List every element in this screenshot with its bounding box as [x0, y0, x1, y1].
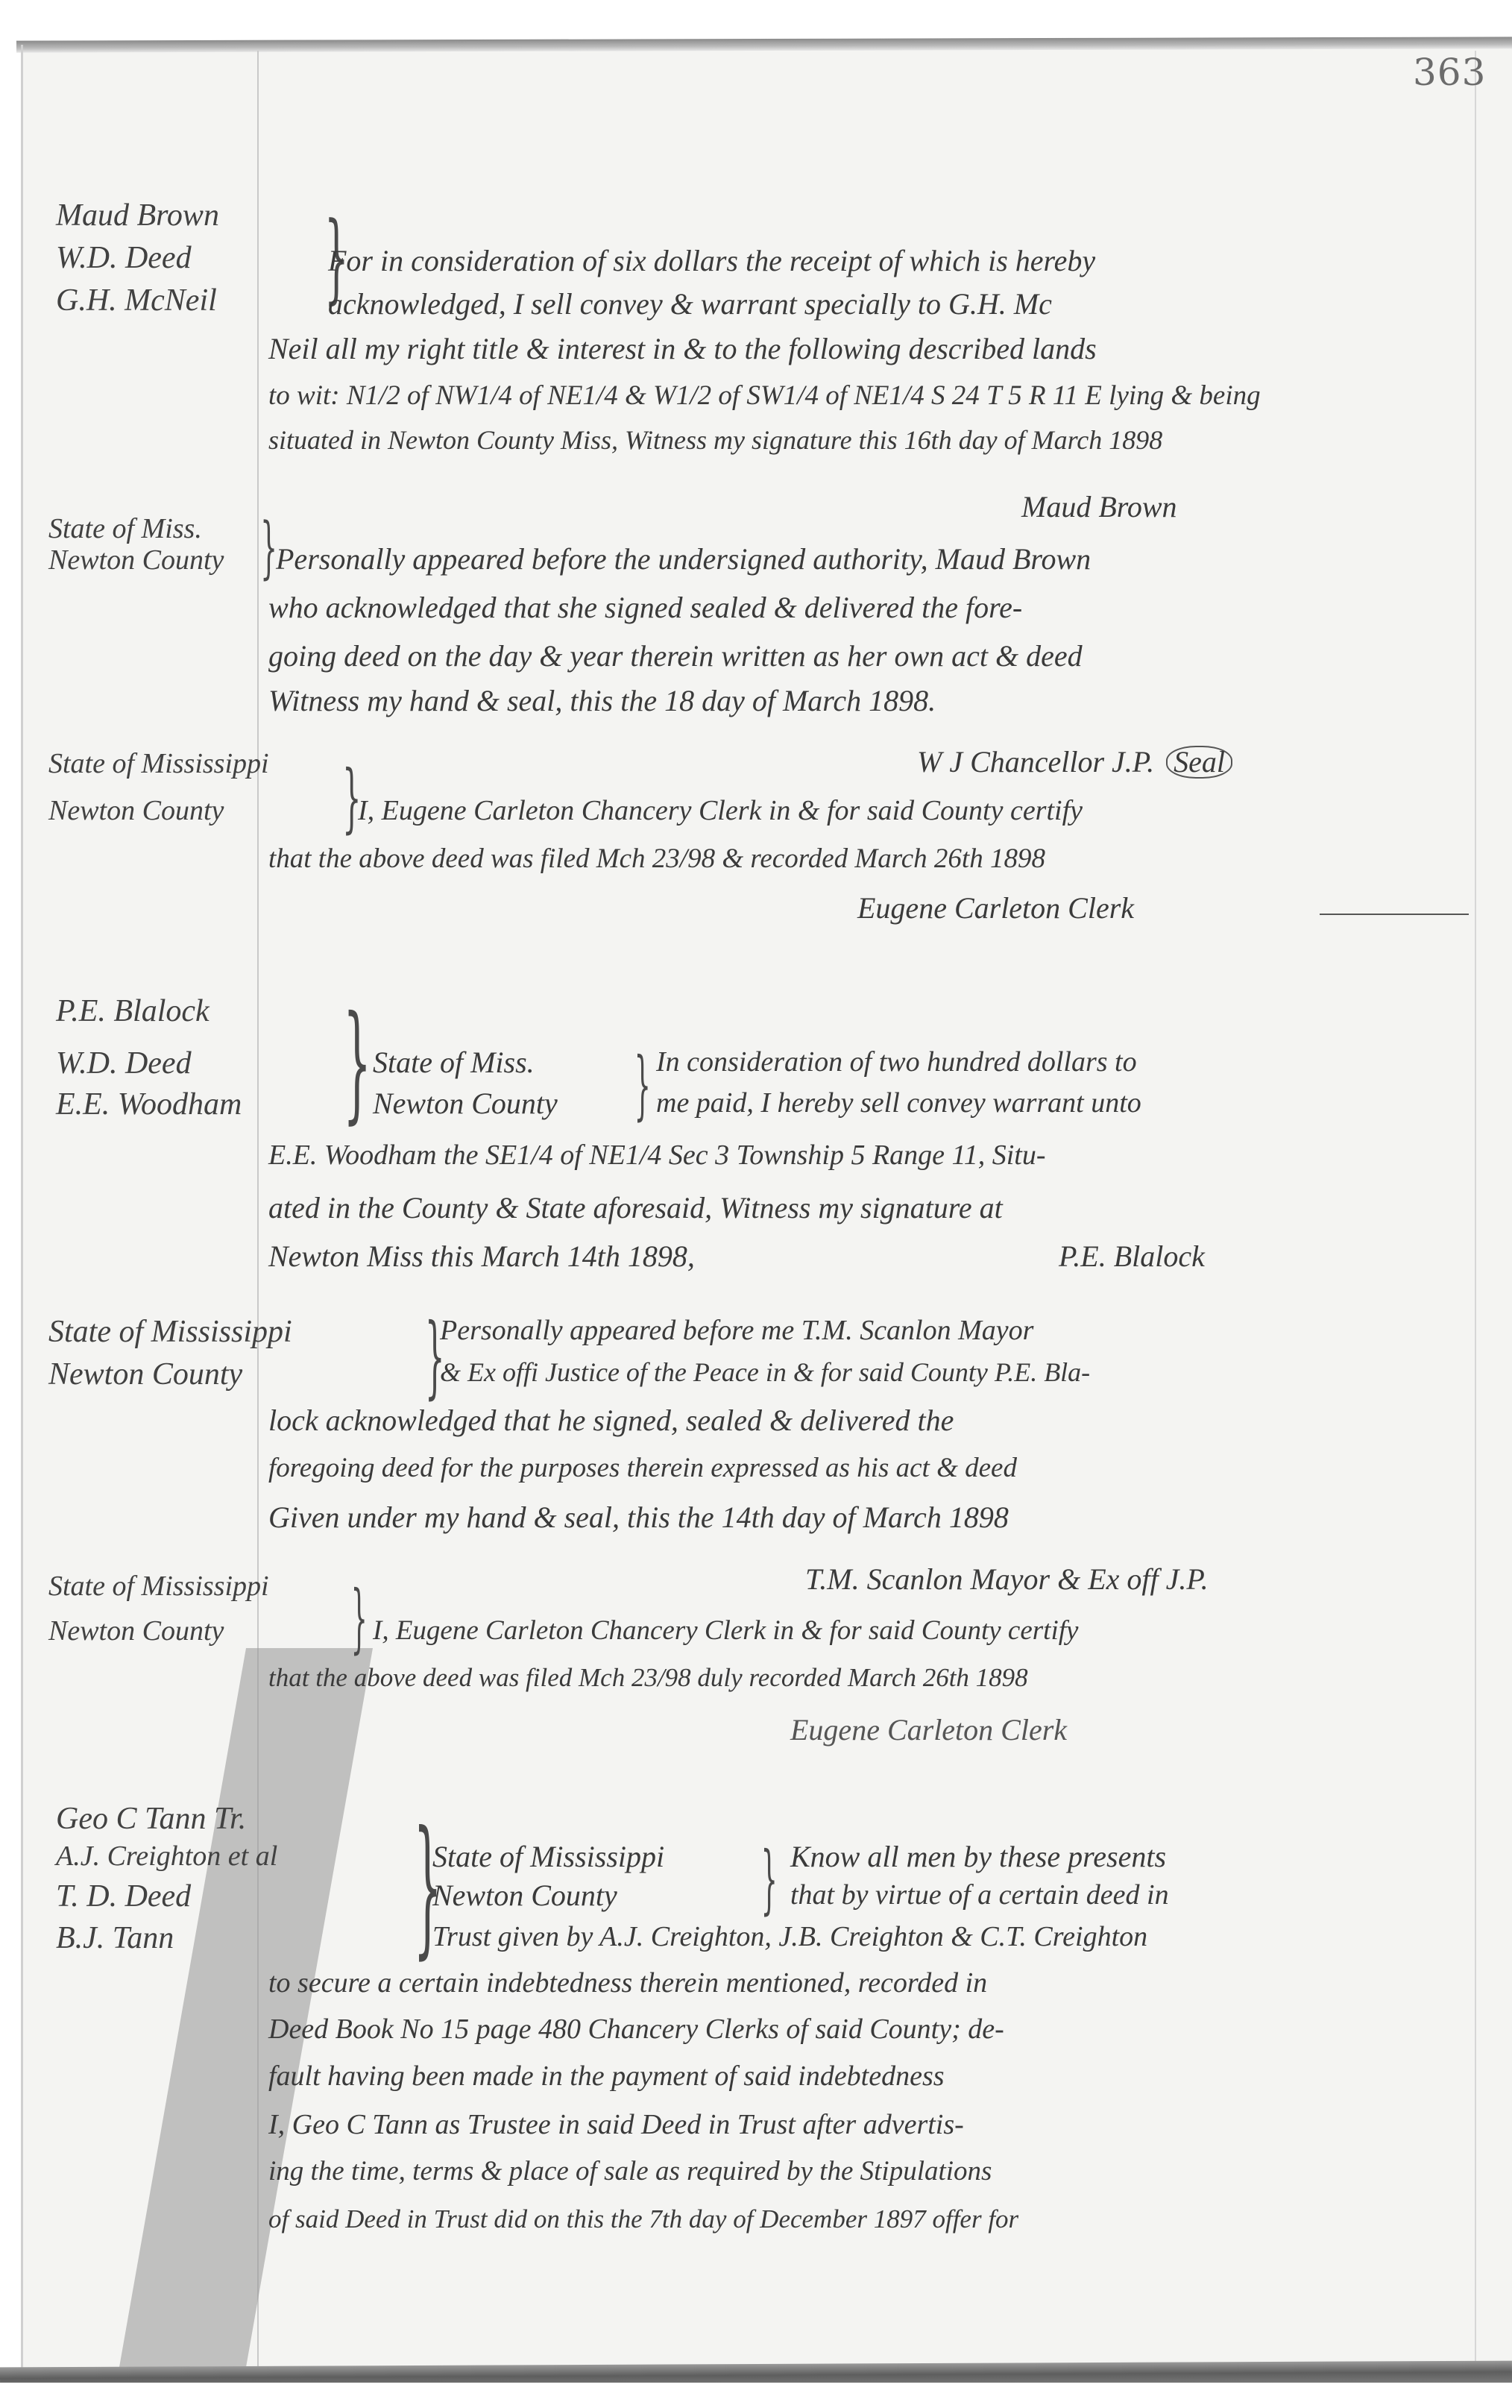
scan-background — [0, 2383, 1512, 2408]
ack-county: Newton County — [48, 1359, 242, 1390]
brace-icon: } — [260, 515, 277, 582]
body-line: foregoing deed for the purposes therein … — [268, 1454, 1017, 1482]
body-line: Personally appeared before the undersign… — [276, 544, 1091, 574]
body-line: to secure a certain indebtedness therein… — [268, 1969, 987, 1997]
body-line: of said Deed in Trust did on this the 7t… — [268, 2206, 1018, 2232]
body-line: For in consideration of six dollars the … — [328, 246, 1095, 276]
venue-state: State of Miss. — [373, 1048, 535, 1078]
cert-county: Newton County — [48, 796, 224, 825]
venue-state: State of Mississippi — [432, 1842, 664, 1872]
body-line: Given under my hand & seal, this the 14t… — [268, 1503, 1009, 1532]
body-line: I, Eugene Carleton Chancery Clerk in & f… — [373, 1617, 1078, 1644]
right-rule — [1475, 51, 1476, 2370]
body-line: Newton Miss this March 14th 1898, — [268, 1242, 695, 1271]
body-line: that the above deed was filed Mch 23/98 … — [268, 1664, 1028, 1691]
body-line: going deed on the day & year therein wri… — [268, 641, 1083, 671]
body-line: who acknowledged that she signed sealed … — [268, 593, 1022, 623]
margin-grantor: P.E. Blalock — [56, 996, 210, 1027]
body-line: I, Eugene Carleton Chancery Clerk in & f… — [358, 796, 1083, 825]
body-line: that by virtue of a certain deed in — [790, 1881, 1169, 1909]
page-left-edge — [21, 45, 23, 2371]
ack-county: Newton County — [48, 546, 224, 574]
body-line: Deed Book No 15 page 480 Chancery Clerks… — [268, 2015, 1004, 2043]
jp-signature: W J Chancellor J.P. Seal — [917, 746, 1232, 779]
body-line: lock acknowledged that he signed, sealed… — [268, 1406, 954, 1436]
body-line: acknowledged, I sell convey & warrant sp… — [328, 289, 1052, 319]
margin-grantee-trustee: Geo C Tann Tr. — [56, 1803, 246, 1835]
body-line: Witness my hand & seal, this the 18 day … — [268, 686, 936, 716]
signature-flourish — [1320, 914, 1469, 915]
margin-instrument: W.D. Deed — [56, 1048, 192, 1079]
brace-icon: } — [634, 1048, 651, 1122]
brace-icon: } — [761, 1842, 778, 1917]
grantor-signature: Maud Brown — [1021, 492, 1177, 522]
margin-grantee: G.H. McNeil — [56, 285, 217, 316]
body-line: & Ex offi Justice of the Peace in & for … — [440, 1359, 1090, 1386]
margin-grantee: B.J. Tann — [56, 1923, 174, 1954]
brace-icon: } — [351, 1581, 368, 1656]
margin-grantor: A.J. Creighton et al — [56, 1842, 277, 1870]
cert-state: State of Mississippi — [48, 749, 269, 778]
margin-instrument: W.D. Deed — [56, 242, 192, 274]
body-line: situated in Newton County Miss, Witness … — [268, 427, 1162, 453]
body-line: Personally appeared before me T.M. Scanl… — [440, 1316, 1033, 1345]
body-line: that the above deed was filed Mch 23/98 … — [268, 845, 1045, 873]
body-line: In consideration of two hundred dollars … — [656, 1048, 1137, 1076]
brace-icon: } — [343, 999, 371, 1126]
page-number: 363 — [1413, 51, 1486, 94]
cert-state: State of Mississippi — [48, 1572, 269, 1600]
grantor-signature: P.E. Blalock — [1059, 1242, 1205, 1271]
body-line: Neil all my right title & interest in & … — [268, 334, 1097, 364]
body-line: ated in the County & State aforesaid, Wi… — [268, 1193, 1003, 1223]
body-line: I, Geo C Tann as Trustee in said Deed in… — [268, 2110, 964, 2139]
body-line: to wit: N1/2 of NW1/4 of NE1/4 & W1/2 of… — [268, 382, 1261, 409]
clerk-signature: Eugene Carleton Clerk — [857, 893, 1134, 923]
mayor-signature: T.M. Scanlon Mayor & Ex off J.P. — [805, 1565, 1209, 1594]
body-line: Know all men by these presents — [790, 1842, 1166, 1872]
body-line: E.E. Woodham the SE1/4 of NE1/4 Sec 3 To… — [268, 1141, 1046, 1169]
venue-county: Newton County — [373, 1089, 558, 1119]
ack-state: State of Mississippi — [48, 1316, 292, 1348]
margin-grantee: E.E. Woodham — [56, 1089, 242, 1120]
seal-mark: Seal — [1166, 746, 1232, 779]
margin-instrument: T. D. Deed — [56, 1881, 191, 1912]
clerk-signature: Eugene Carleton Clerk — [790, 1715, 1067, 1745]
body-line: Trust given by A.J. Creighton, J.B. Crei… — [432, 1923, 1147, 1951]
jp-name: W J Chancellor J.P. — [917, 745, 1154, 779]
venue-county: Newton County — [432, 1881, 617, 1911]
cert-county: Newton County — [48, 1617, 224, 1645]
margin-grantor: Maud Brown — [56, 200, 219, 231]
body-line: fault having been made in the payment of… — [268, 2062, 945, 2090]
body-line: ing the time, terms & place of sale as r… — [268, 2157, 992, 2185]
body-line: me paid, I hereby sell convey warrant un… — [656, 1089, 1141, 1117]
ack-state: State of Miss. — [48, 515, 202, 543]
